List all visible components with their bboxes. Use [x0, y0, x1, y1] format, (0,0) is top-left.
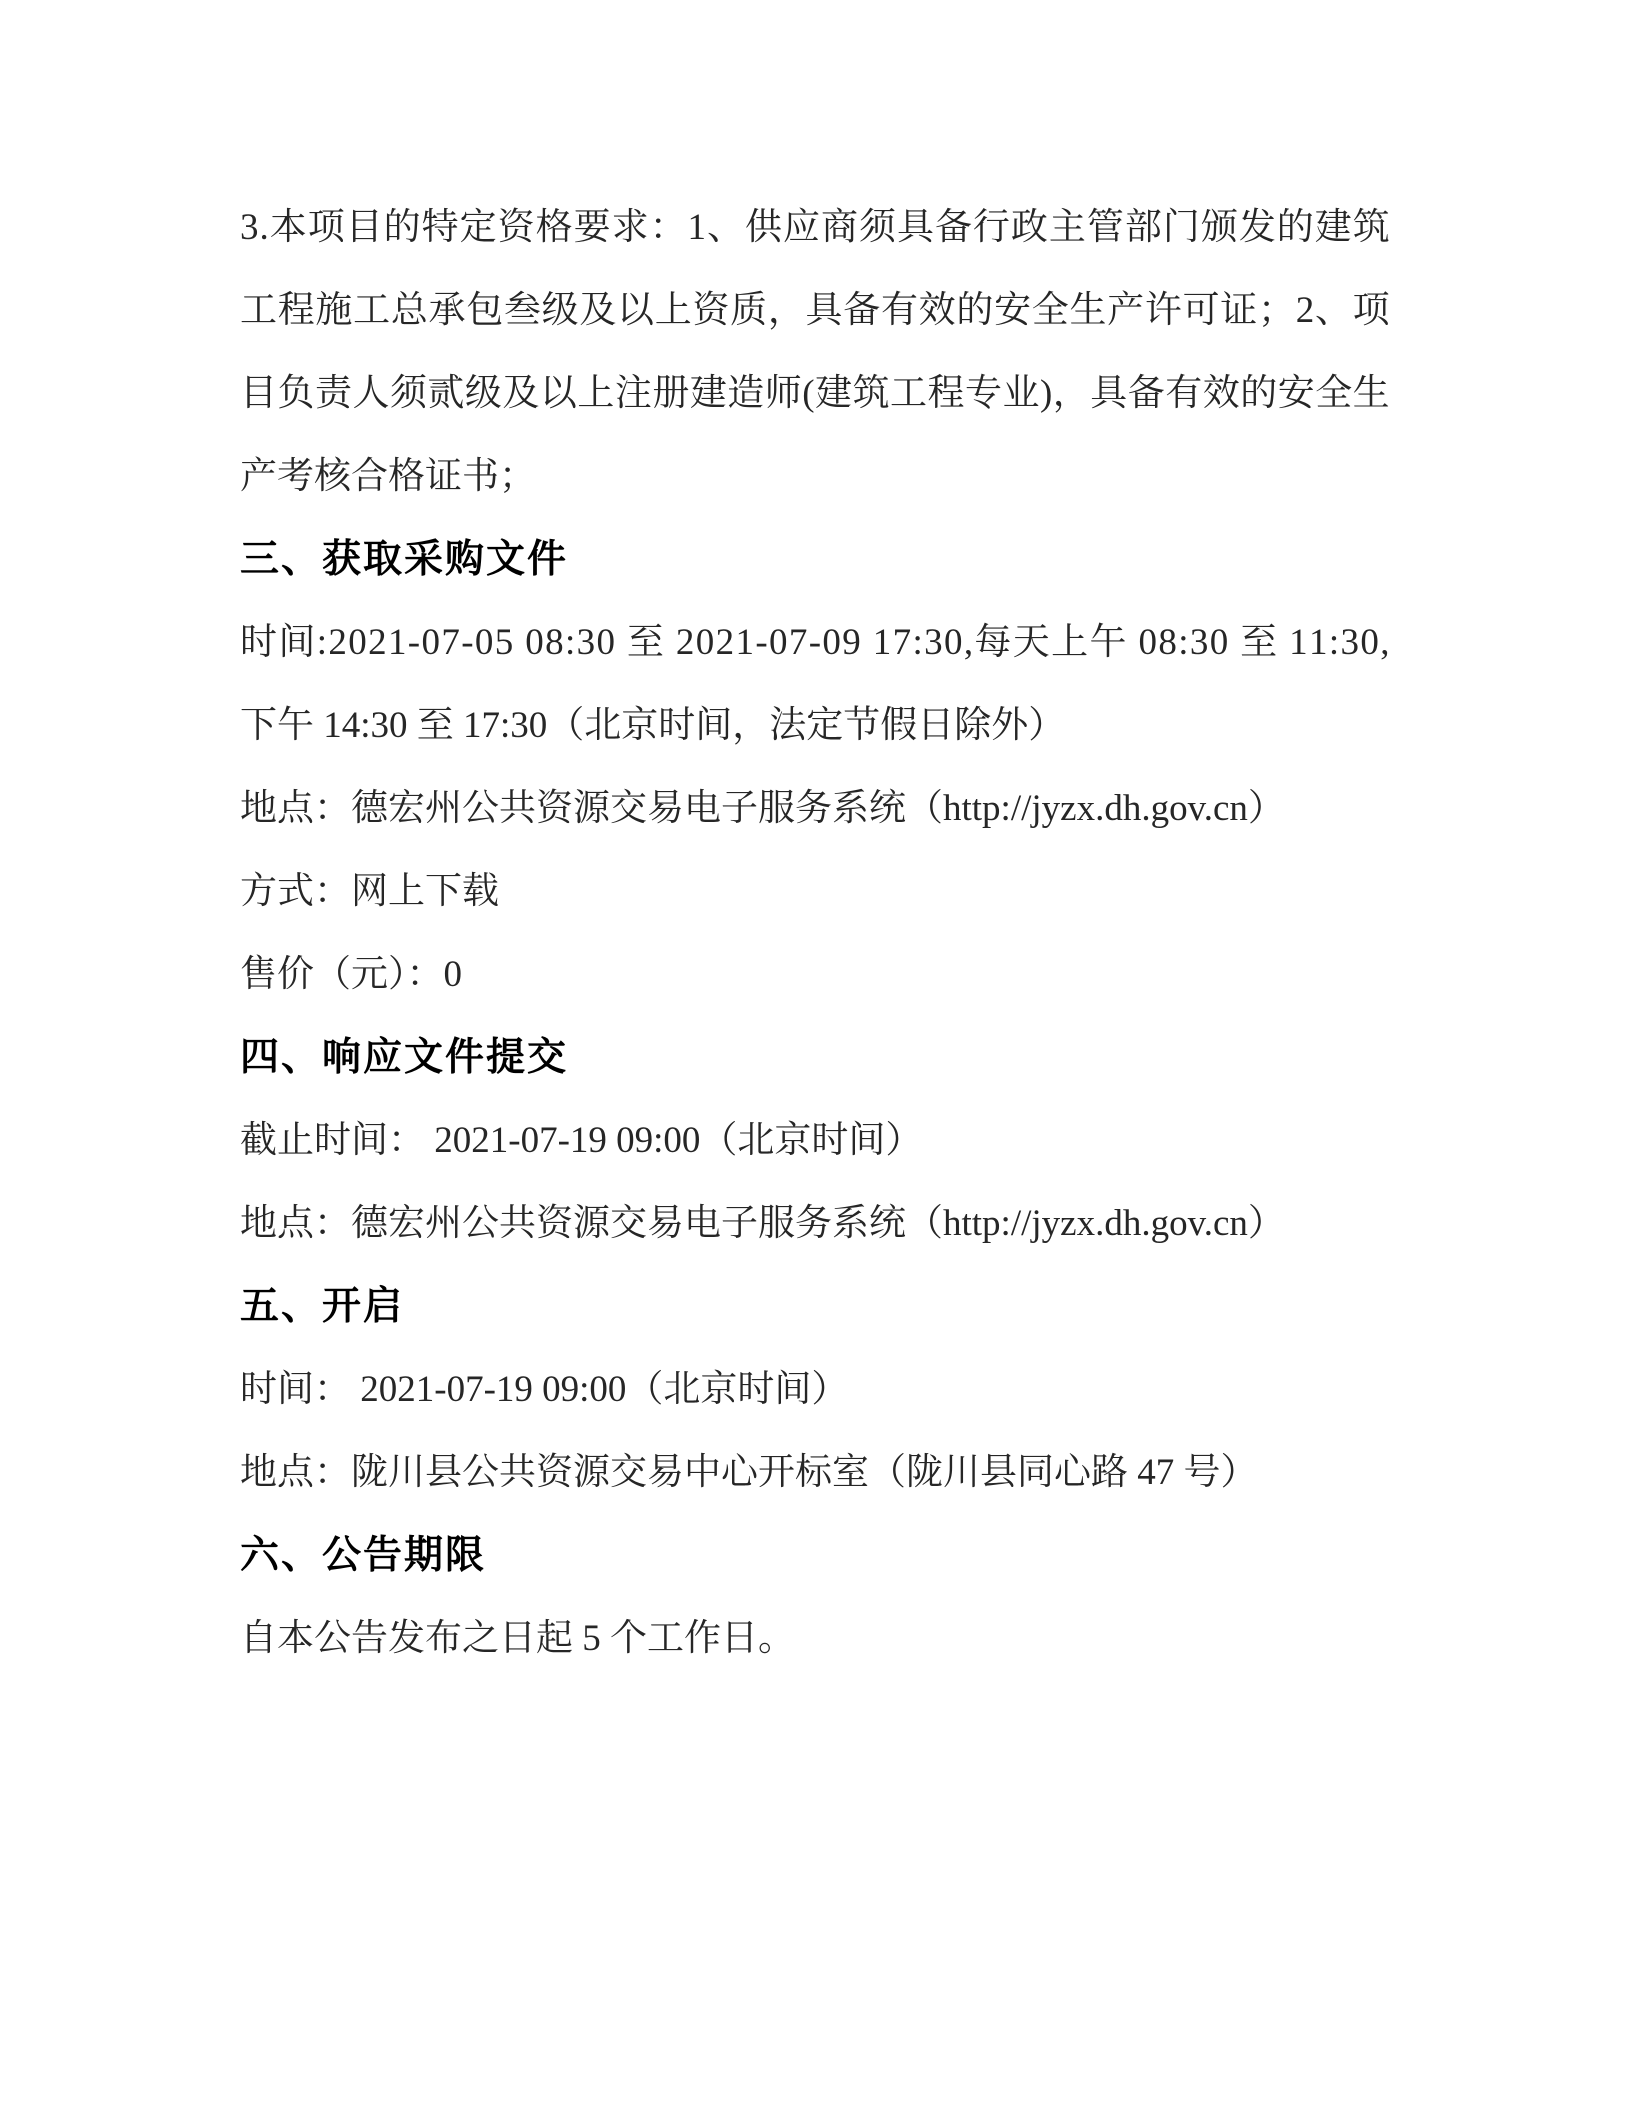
obtain-method-line: 方式：网上下载 — [240, 850, 1390, 933]
document-page: 3.本项目的特定资格要求：1、供应商须具备行政主管部门颁发的建筑 工程施工总承包… — [0, 0, 1632, 2112]
opening-location-line: 地点：陇川县公共资源交易中心开标室（陇川县同心路 47 号） — [240, 1431, 1390, 1514]
obtain-time-line-2: 下午 14:30 至 17:30（北京时间，法定节假日除外） — [240, 684, 1390, 767]
obtain-location-line: 地点：德宏州公共资源交易电子服务系统（http://jyzx.dh.gov.cn… — [240, 767, 1390, 850]
heading-announcement-period: 六、公告期限 — [240, 1514, 1390, 1597]
heading-obtain-documents: 三、获取采购文件 — [240, 518, 1390, 601]
heading-opening: 五、开启 — [240, 1265, 1390, 1348]
announcement-period-line: 自本公告发布之日起 5 个工作日。 — [240, 1597, 1390, 1680]
heading-response-submission: 四、响应文件提交 — [240, 1016, 1390, 1099]
qualification-requirements-line-1: 3.本项目的特定资格要求：1、供应商须具备行政主管部门颁发的建筑 — [240, 186, 1390, 269]
obtain-price-line: 售价（元）：0 — [240, 933, 1390, 1016]
document-content: 3.本项目的特定资格要求：1、供应商须具备行政主管部门颁发的建筑 工程施工总承包… — [240, 186, 1390, 1680]
opening-time-line: 时间： 2021-07-19 09:00（北京时间） — [240, 1348, 1390, 1431]
obtain-time-line-1: 时间:2021-07-05 08:30 至 2021-07-09 17:30,每… — [240, 601, 1390, 684]
qualification-requirements-line-2: 工程施工总承包叁级及以上资质，具备有效的安全生产许可证；2、项 — [240, 269, 1390, 352]
submission-location-line: 地点：德宏州公共资源交易电子服务系统（http://jyzx.dh.gov.cn… — [240, 1182, 1390, 1265]
submission-deadline-line: 截止时间： 2021-07-19 09:00（北京时间） — [240, 1099, 1390, 1182]
qualification-requirements-line-3: 目负责人须贰级及以上注册建造师(建筑工程专业)，具备有效的安全生 — [240, 352, 1390, 435]
qualification-requirements-line-4: 产考核合格证书； — [240, 435, 1390, 518]
